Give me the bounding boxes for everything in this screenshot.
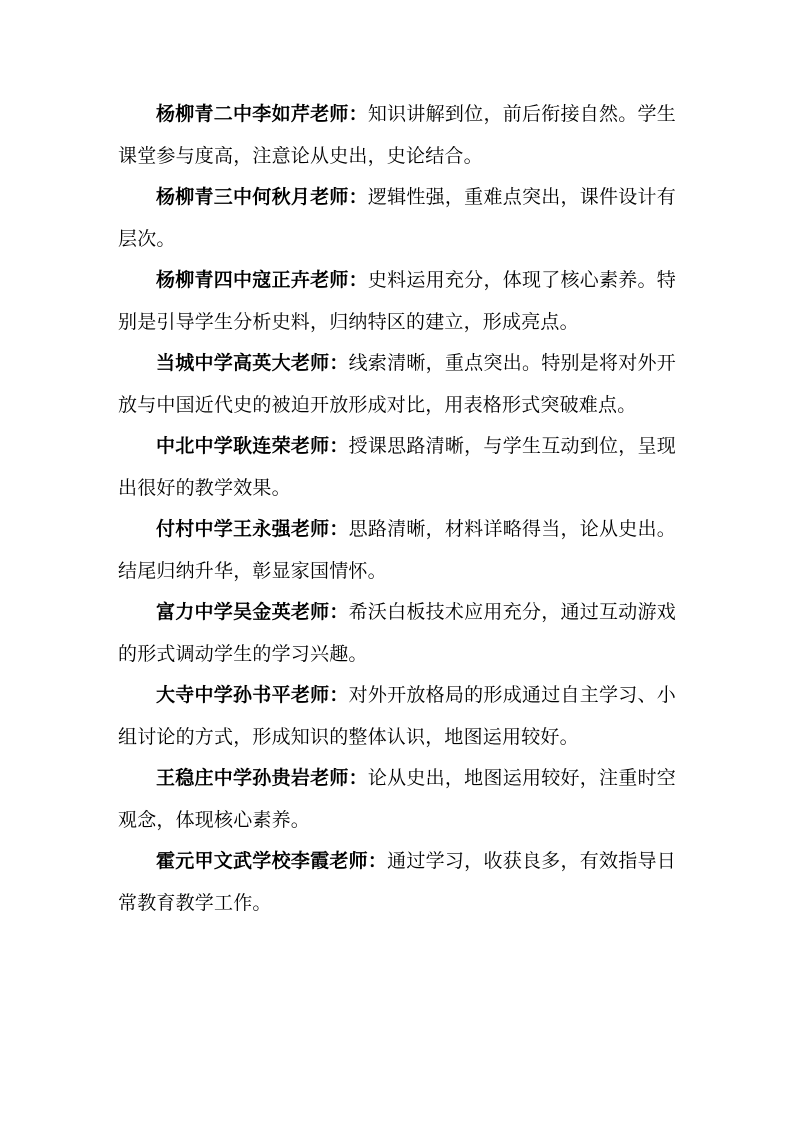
teacher-feedback-paragraph: 杨柳青四中寇正卉老师：史料运用充分，体现了核心素养。特别是引导学生分析史料，归纳… xyxy=(118,260,676,343)
teacher-feedback-paragraph: 霍元甲文武学校李霞老师：通过学习，收获良多，有效指导日常教育教学工作。 xyxy=(118,841,676,924)
teacher-feedback-paragraph: 杨柳青二中李如芹老师：知识讲解到位，前后衔接自然。学生课堂参与度高，注意论从史出… xyxy=(118,94,676,177)
teacher-name-label: 杨柳青三中何秋月老师： xyxy=(156,187,368,208)
teacher-feedback-paragraph: 杨柳青三中何秋月老师：逻辑性强，重难点突出，课件设计有层次。 xyxy=(118,177,676,260)
teacher-name-label: 当城中学高英大老师： xyxy=(156,353,349,374)
teacher-feedback-paragraph: 大寺中学孙书平老师：对外开放格局的形成通过自主学习、小组讨论的方式，形成知识的整… xyxy=(118,675,676,758)
teacher-name-label: 中北中学耿连荣老师： xyxy=(156,436,349,457)
teacher-name-label: 付村中学王永强老师： xyxy=(156,519,349,540)
teacher-name-label: 杨柳青二中李如芹老师： xyxy=(156,104,368,125)
teacher-feedback-paragraph: 中北中学耿连荣老师：授课思路清晰，与学生互动到位，呈现出很好的教学效果。 xyxy=(118,426,676,509)
teacher-name-label: 霍元甲文武学校李霞老师： xyxy=(156,851,387,872)
teacher-name-label: 大寺中学孙书平老师： xyxy=(156,685,349,706)
teacher-name-label: 王稳庄中学孙贵岩老师： xyxy=(156,768,368,789)
teacher-name-label: 杨柳青四中寇正卉老师： xyxy=(156,270,368,291)
teacher-feedback-paragraph: 富力中学吴金英老师：希沃白板技术应用充分，通过互动游戏的形式调动学生的学习兴趣。 xyxy=(118,592,676,675)
teacher-name-label: 富力中学吴金英老师： xyxy=(156,602,349,623)
teacher-feedback-paragraph: 付村中学王永强老师：思路清晰，材料详略得当，论从史出。结尾归纳升华，彰显家国情怀… xyxy=(118,509,676,592)
teacher-feedback-paragraph: 当城中学高英大老师：线索清晰，重点突出。特别是将对外开放与中国近代史的被迫开放形… xyxy=(118,343,676,426)
document-page: 杨柳青二中李如芹老师：知识讲解到位，前后衔接自然。学生课堂参与度高，注意论从史出… xyxy=(0,0,793,1122)
teacher-feedback-paragraph: 王稳庄中学孙贵岩老师：论从史出，地图运用较好，注重时空观念，体现核心素养。 xyxy=(118,758,676,841)
